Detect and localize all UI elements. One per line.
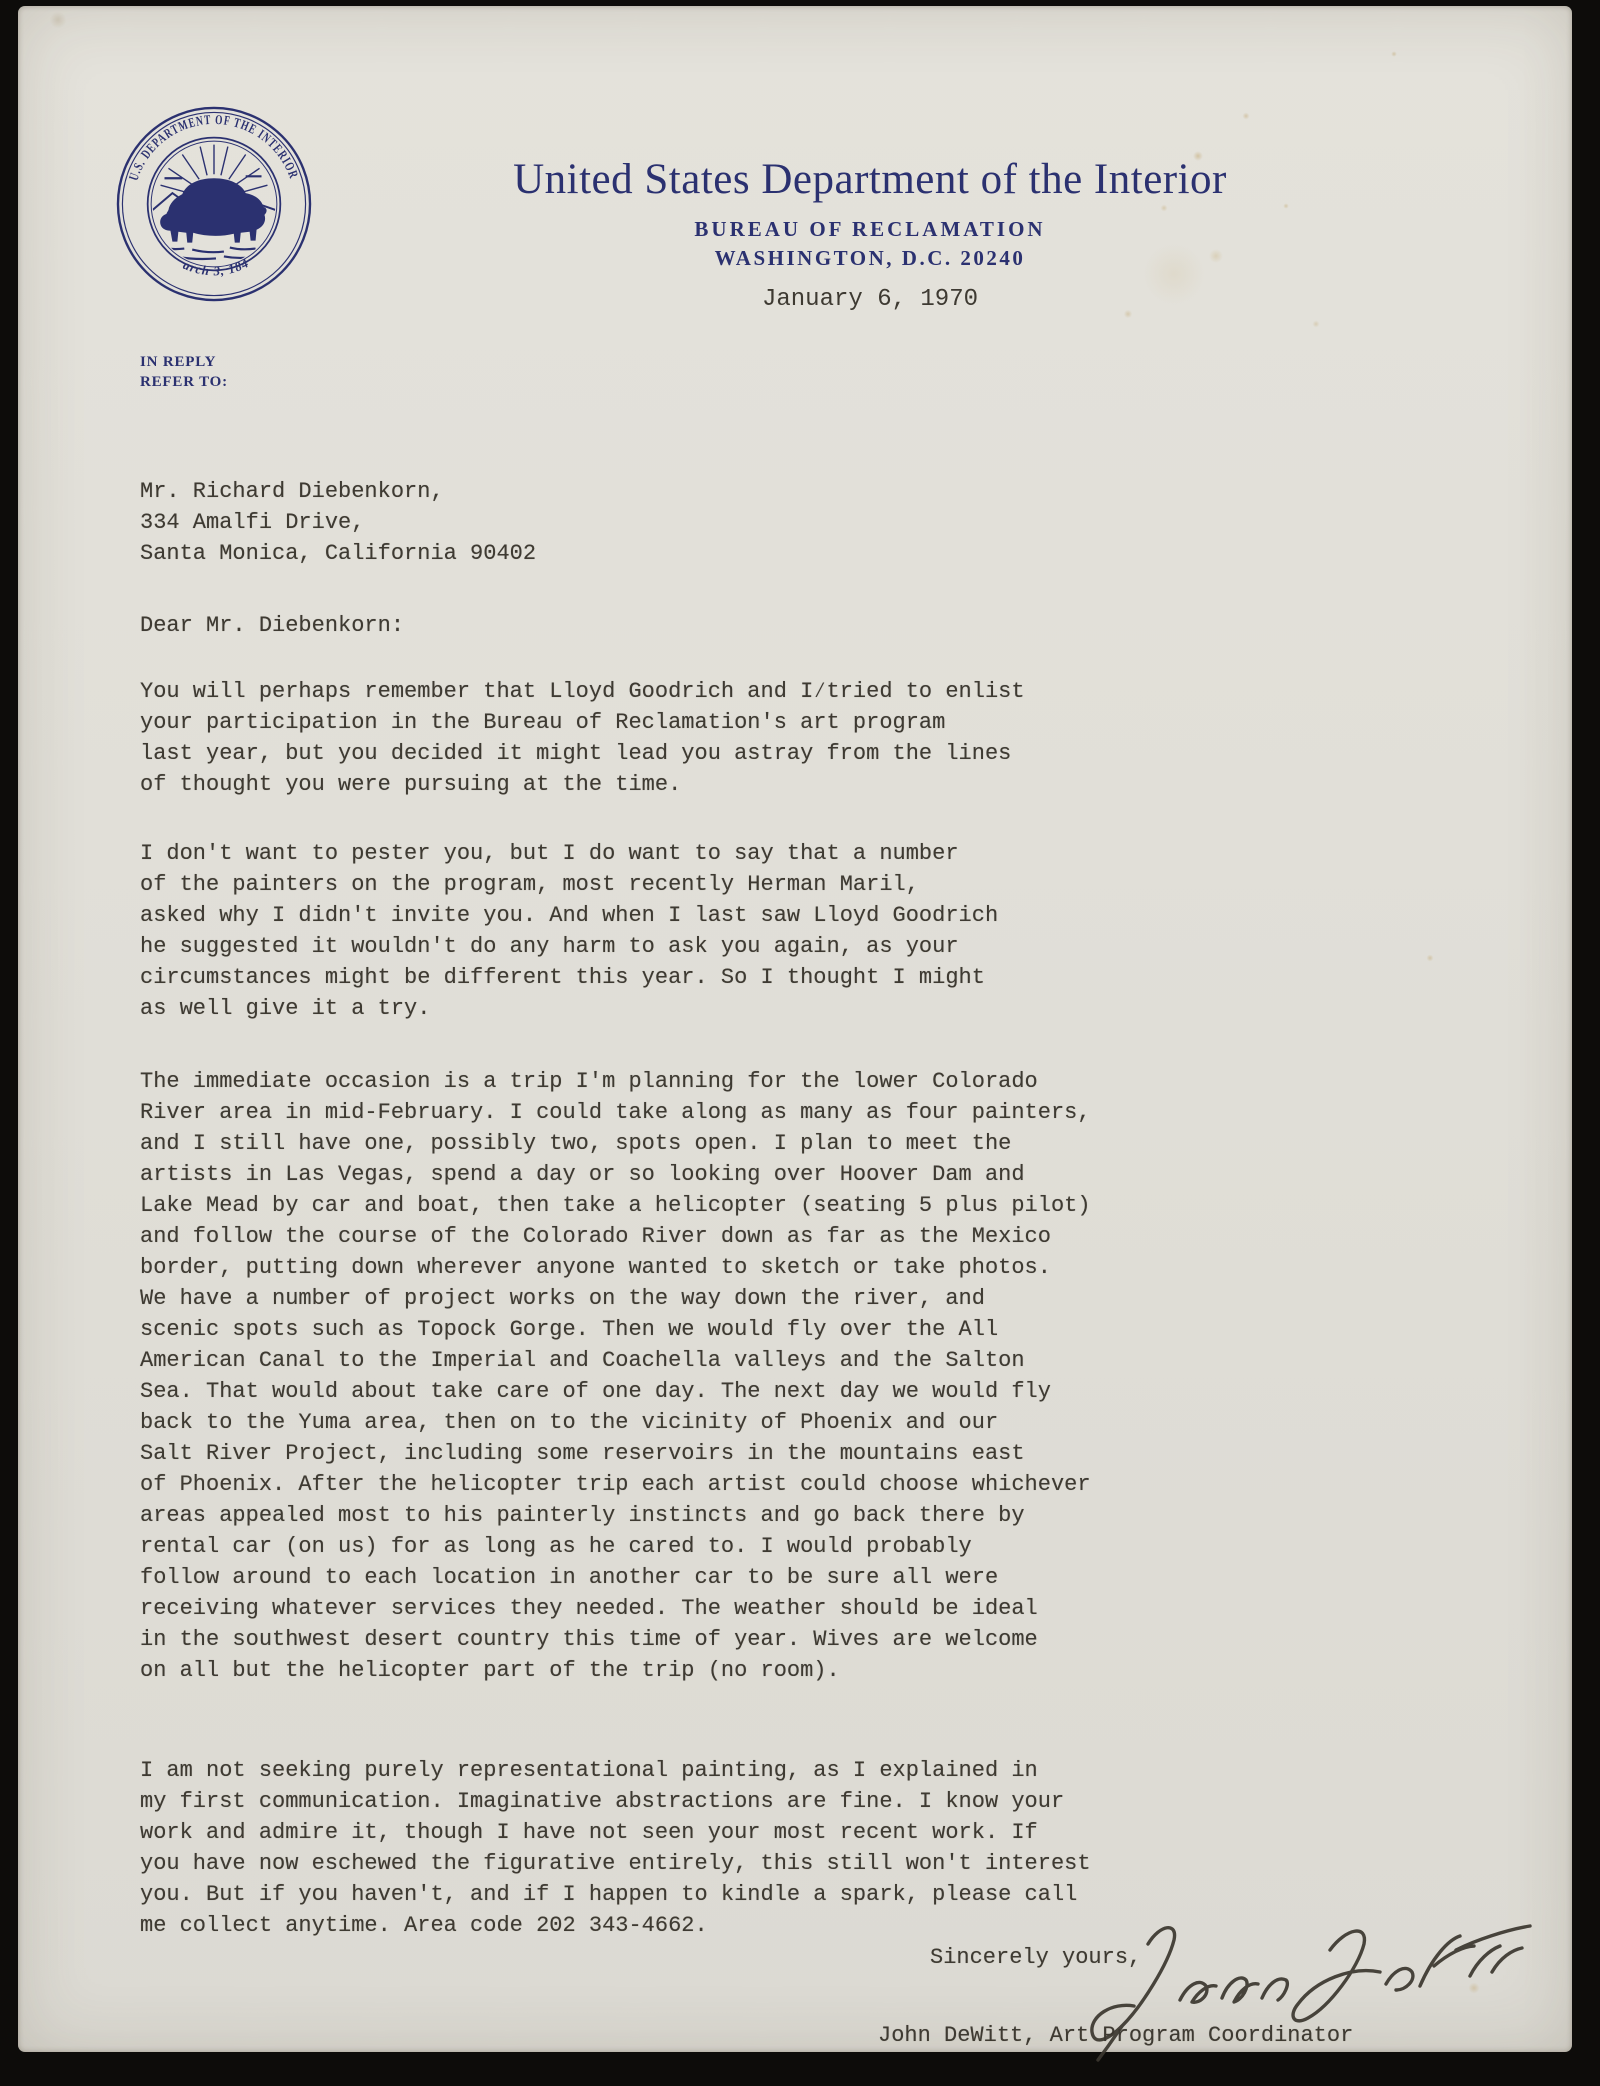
letter-paper: U.S. DEPARTMENT OF THE INTERIOR March 3,… — [18, 6, 1572, 2052]
interior-seal: U.S. DEPARTMENT OF THE INTERIOR March 3,… — [115, 105, 313, 303]
paragraph-4: I am not seeking purely representational… — [140, 1755, 1091, 1941]
letterhead: United States Department of the Interior… — [430, 156, 1310, 315]
paragraph-3: The immediate occasion is a trip I'm pla… — [140, 1066, 1091, 1686]
date-line: January 6, 1970 — [430, 285, 1310, 315]
salutation: Dear Mr. Diebenkorn: — [140, 610, 404, 641]
bureau-line: BUREAU OF RECLAMATION — [430, 216, 1310, 242]
letterhead-title: United States Department of the Interior — [430, 156, 1310, 204]
bison-icon — [160, 178, 266, 242]
ground-icon — [155, 246, 258, 259]
signature-script — [1030, 1914, 1550, 2064]
recipient-address: Mr. Richard Diebenkorn, 334 Amalfi Drive… — [140, 476, 536, 569]
paragraph-1: You will perhaps remember that Lloyd Goo… — [140, 676, 1025, 800]
reply-reference-label: IN REPLY REFER TO: — [140, 352, 228, 392]
paragraph-2: I don't want to pester you, but I do wan… — [140, 838, 998, 1024]
scan-background: { "page": { "scan_background": "#0d0c0a"… — [0, 0, 1600, 2086]
city-line: WASHINGTON, D.C. 20240 — [430, 245, 1310, 271]
